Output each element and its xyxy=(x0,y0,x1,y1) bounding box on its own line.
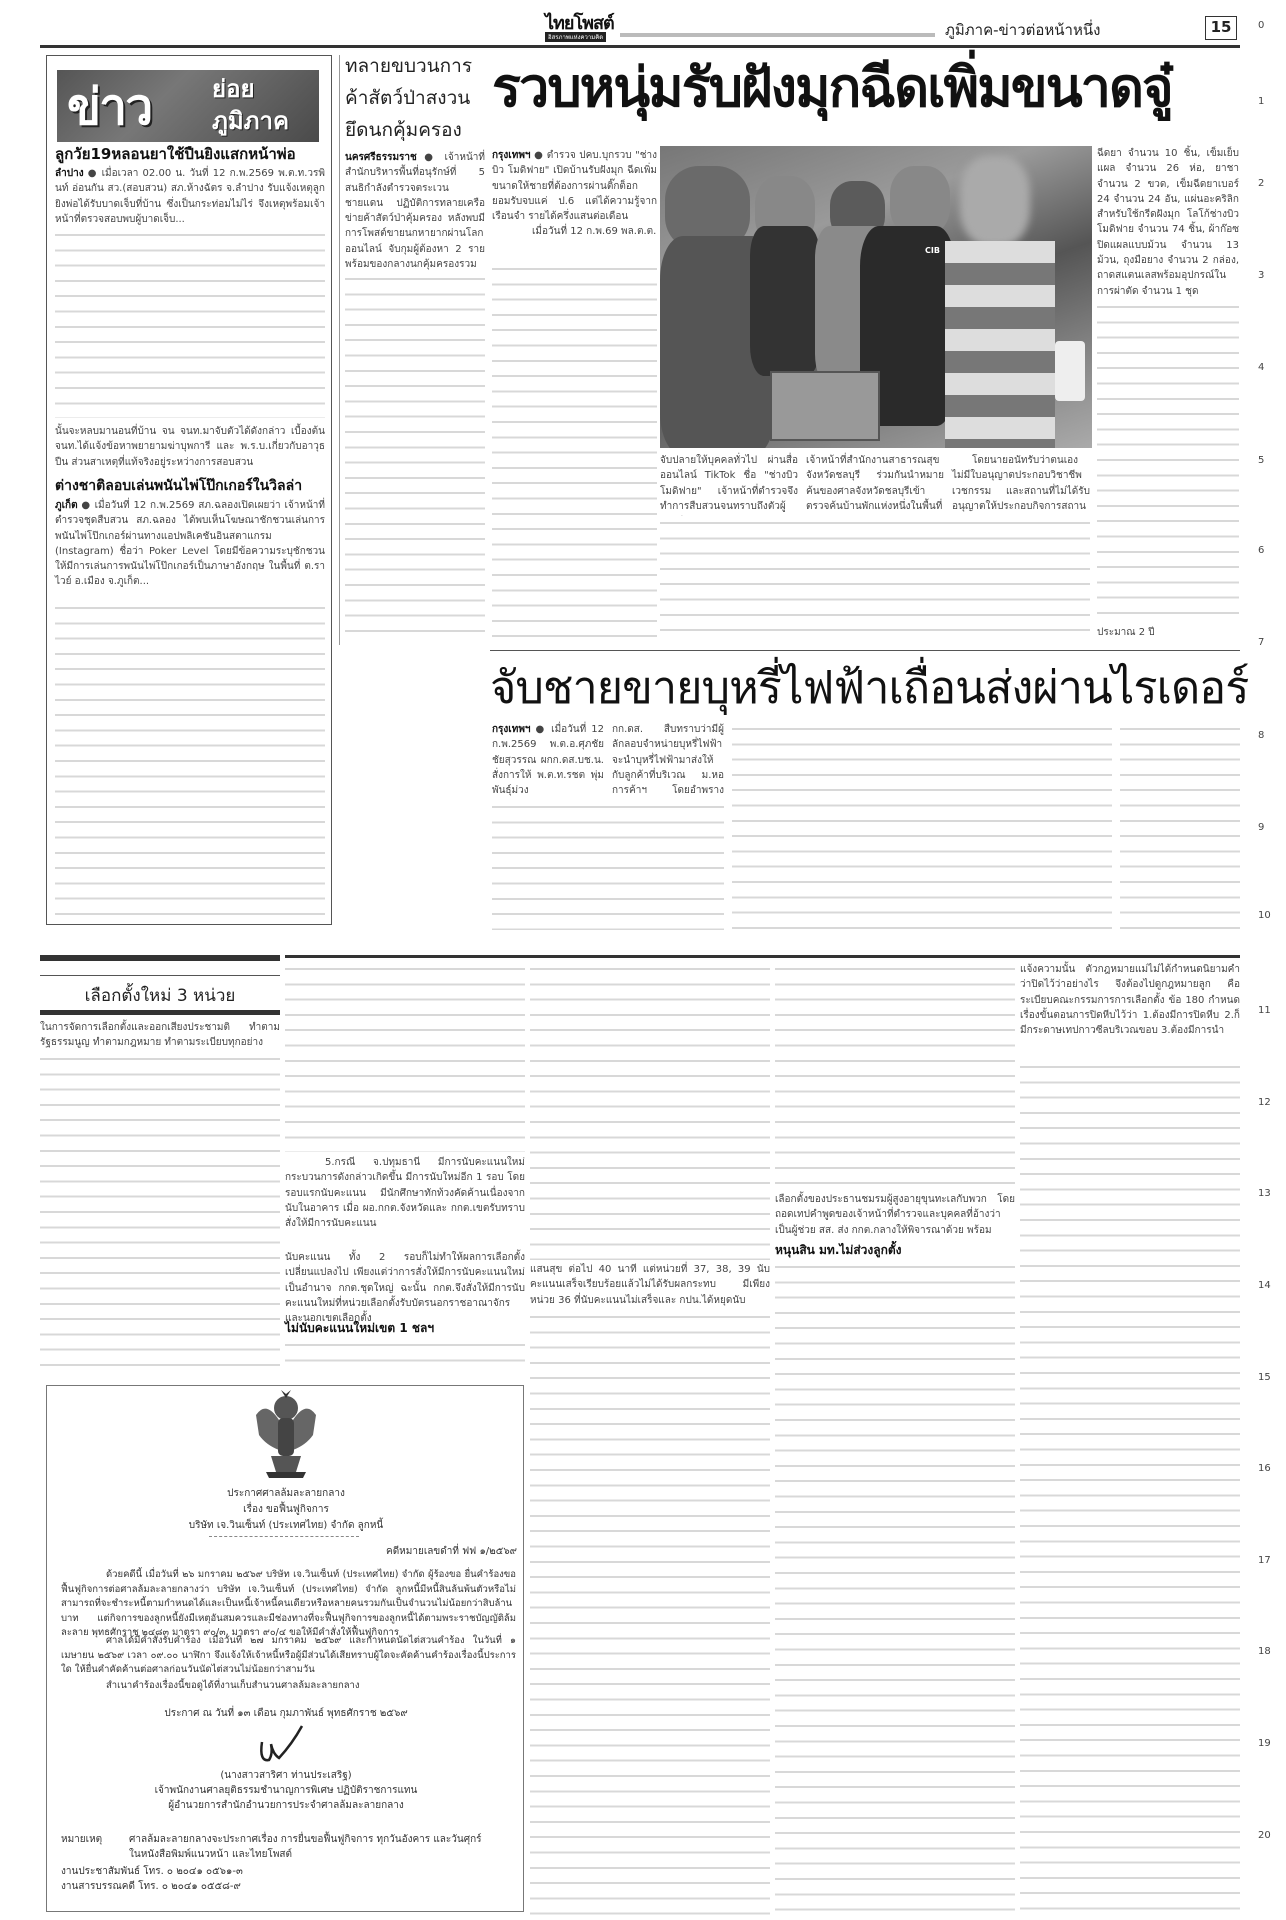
second-text-block xyxy=(732,722,1112,930)
ruler-number: 1 xyxy=(1258,96,1264,107)
headline-line: ทลายขบวนการ xyxy=(345,50,495,82)
margin-ruler: 0 1 2 3 4 5 6 7 8 9 10 11 12 13 14 15 16… xyxy=(1250,0,1280,1920)
second-col1-text: เมื่อวันที่ 12 ก.พ.2569 พ.ต.อ.ศุภชัย ชัย… xyxy=(492,724,604,811)
section-title: ภูมิภาค-ข่าวต่อหน้าหนึ่ง xyxy=(945,18,1100,42)
main-right-end: ประมาณ 2 ปี xyxy=(1097,625,1239,640)
notice-note-label: หมายเหตุ xyxy=(61,1832,102,1847)
wildlife-headline: ทลายขบวนการ ค้าสัตว์ป่าสงวน ยึดนกคุ้มครอ… xyxy=(345,50,495,146)
election-top-rule xyxy=(40,955,280,961)
ruler-number: 6 xyxy=(1258,545,1264,556)
ruler-number: 12 xyxy=(1258,1097,1271,1108)
notice-note-2: ในหนังสือพิมพ์แนวหน้า และไทยโพสต์ xyxy=(129,1847,519,1862)
notice-para-3: สำเนาคำร้องเรื่องนี้ขอดูได้ที่งานเก็บสำน… xyxy=(61,1678,516,1693)
ruler-number: 3 xyxy=(1258,270,1264,281)
ruler-number: 7 xyxy=(1258,637,1264,648)
notice-date: ประกาศ ณ วันที่ ๑๓ เดือน กุมภาพันธ์ พุทธ… xyxy=(47,1706,525,1721)
notice-para-2: ศาลได้มีคำสั่งรับคำร้อง เมื่อวันที่ ๒๗ ม… xyxy=(61,1634,516,1678)
banner-region-text: ภูมิภาค xyxy=(212,106,289,136)
election-text-block xyxy=(530,1310,770,1920)
main-right-column: ฉีดยา จำนวน 10 ชิ้น, เข็มเย็บแผล จำนวน 2… xyxy=(1097,146,1239,299)
ruler-number: 14 xyxy=(1258,1280,1271,1291)
brief-headline: ต่างชาติลอบเล่นพนันไพ่โป๊กเกอร์ในวิลล่า xyxy=(55,476,330,496)
election-text-block xyxy=(775,962,1015,1190)
brief-body: ลำปาง ● เมื่อเวลา 02.00 น. วันที่ 12 ก.พ… xyxy=(55,166,325,227)
notice-contact-1: งานประชาสัมพันธ์ โทร. ๐ ๒๐๔๑ ๐๕๖๑-๓ xyxy=(61,1864,461,1879)
election-intro: ในการจัดการเลือกตั้งและออกเสียงประชามติ … xyxy=(40,1020,280,1051)
election-col5-snippet: แจ้งความนั้น ตัวกฎหมายแม่ไม่ได้กำหนดนิยา… xyxy=(1020,962,1240,1038)
election-text-block xyxy=(285,1338,525,1372)
ruler-number: 8 xyxy=(1258,730,1264,741)
notice-debtor: บริษัท เจ.วินเซ็นท์ (ประเทศไทย) จำกัด ลู… xyxy=(47,1518,525,1533)
ruler-number: 16 xyxy=(1258,1463,1271,1474)
ruler-number: 15 xyxy=(1258,1372,1271,1383)
ruler-number: 5 xyxy=(1258,455,1264,466)
election-section-title: เลือกตั้งใหม่ 3 หน่วย xyxy=(40,982,280,1009)
signer-title-1: เจ้าพนักงานศาลยุติธรรมชำนาญการพิเศษ ปฏิบ… xyxy=(47,1783,525,1798)
notice-contact-2: งานสารบรรณคดี โทร. ๐ ๒๐๔๑ ๐๕๕๘-๙ xyxy=(61,1879,461,1894)
ruler-number: 20 xyxy=(1258,1830,1271,1841)
ruler-number: 13 xyxy=(1258,1188,1271,1199)
wildlife-dateline: นครศรีธรรมราช xyxy=(345,152,417,163)
page-number: 15 xyxy=(1205,16,1237,40)
election-text-block xyxy=(1020,1060,1240,1920)
second-dateline: กรุงเทพฯ xyxy=(492,724,531,735)
brief-headline: ลูกวัย19หลอนยาใช้ปืนยิงแสกหน้าพ่อ xyxy=(55,144,325,164)
masthead-tagline: อิสรภาพแห่งความคิด xyxy=(545,32,606,42)
brief-dateline: ลำปาง xyxy=(55,168,84,179)
election-col4-snippet: เลือกตั้งของประธานชมรมผู้สูงอายุขุนทะเลก… xyxy=(775,1192,1015,1238)
ruler-number: 19 xyxy=(1258,1738,1271,1749)
wildlife-lead: เจ้าหน้าที่สำนักบริหารพื้นที่อนุรักษ์ที่… xyxy=(345,152,485,285)
column-divider xyxy=(339,55,340,645)
ruler-number: 9 xyxy=(1258,822,1264,833)
photo-badge: CIB xyxy=(925,246,940,255)
election-subhead: หนุนสิน มท.ไม่ส่วงลูกตั้ง xyxy=(775,1240,1015,1260)
ruler-number: 10 xyxy=(1258,910,1271,921)
main-para2: เมื่อวันที่ 12 ก.พ.69 พล.ต.ต. xyxy=(492,224,657,239)
main-story-photo: CIB xyxy=(660,146,1092,448)
signer-name: (นางสาวสาริศา ท่านประเสริฐ) xyxy=(47,1768,525,1783)
main-text-block xyxy=(1097,300,1239,625)
wildlife-body: นครศรีธรรมราช ● เจ้าหน้าที่สำนักบริหารพื… xyxy=(345,150,485,288)
brief-lead: เมื่อเวลา 02.00 น. วันที่ 12 ก.พ.2569 พ.… xyxy=(55,168,325,225)
brief-body: ภูเก็ต ● เมื่อวันที่ 12 ก.พ.2569 สภ.ฉลอง… xyxy=(55,498,325,590)
second-headline: จับชายขายบุหรี่ไฟฟ้าเถื่อนส่งผ่านไรเดอร์ xyxy=(490,656,1248,720)
election-text-block xyxy=(775,1260,1015,1920)
brief-text-block xyxy=(55,601,325,916)
briefs-banner: ข่าว ย่อย ภูมิภาค xyxy=(57,70,319,142)
election-mid-text: นับคะแนน ทั้ง 2 รอบก็ไม่ทำให้ผลการเลือกต… xyxy=(285,1250,525,1326)
election-column-rule xyxy=(285,955,1240,958)
court-notice-box: ประกาศศาลล้มละลายกลาง เรื่อง ขอฟื้นฟูกิจ… xyxy=(46,1385,524,1912)
main-text-block xyxy=(660,516,1090,640)
main-text-block xyxy=(492,262,657,640)
signer-title-2: ผู้อำนวยการสำนักอำนวยการประจำศาลล้มละลาย… xyxy=(47,1798,525,1813)
signature-icon xyxy=(257,1724,307,1766)
ruler-number: 18 xyxy=(1258,1646,1271,1657)
notice-para-1: ด้วยคดีนี้ เมื่อวันที่ ๒๖ มกราคม ๒๕๖๙ บร… xyxy=(61,1568,516,1641)
second-text-block xyxy=(1120,722,1240,930)
regional-briefs-box: ข่าว ย่อย ภูมิภาค ลูกวัย19หลอนยาใช้ปืนยิ… xyxy=(46,55,332,925)
headline-line: ค้าสัตว์ป่าสงวน xyxy=(345,82,495,114)
ruler-number: 4 xyxy=(1258,362,1264,373)
banner-big-text: ข่าว xyxy=(67,72,151,142)
header-rule xyxy=(620,33,935,37)
main-dateline: กรุงเทพฯ xyxy=(492,150,531,161)
brief-text-block xyxy=(55,228,325,418)
election-col3-snippet: แสนสุข ต่อไป 40 นาที แต่หน่วยที่ 37, 38,… xyxy=(530,1262,770,1308)
brief-dateline: ภูเก็ต xyxy=(55,500,78,511)
ruler-number: 0 xyxy=(1258,20,1264,31)
ruler-number: 11 xyxy=(1258,1005,1271,1016)
election-item5: 5.กรณี จ.ปทุมธานี มีการนับคะแนนใหม่ กระบ… xyxy=(285,1155,525,1231)
election-bottom-rule xyxy=(40,1010,280,1015)
election-text-block xyxy=(285,962,525,1152)
notice-title: ประกาศศาลล้มละลายกลาง xyxy=(47,1486,525,1501)
notice-note-1: ศาลล้มละลายกลางจะประกาศเรื่อง การยื่นขอฟ… xyxy=(129,1832,519,1847)
main-headline: รวบหนุ่มรับฝังมุกฉีดเพิ่มขนาดจู๋ xyxy=(492,48,1172,128)
election-text-block xyxy=(40,1052,280,1372)
masthead-logo: ไทยโพสต์ xyxy=(545,8,615,34)
garuda-emblem-icon xyxy=(251,1390,321,1480)
second-text-block xyxy=(492,800,724,930)
election-subhead: ไม่นับคะแนนใหม่เขต 1 ชลฯ xyxy=(285,1318,525,1338)
notice-subject: เรื่อง ขอฟื้นฟูกิจการ xyxy=(47,1502,525,1517)
wildlife-text-block xyxy=(345,272,485,640)
notice-case-number: คดีหมายเลขดำที่ ฟฟ ๑/๒๕๖๙ xyxy=(307,1544,517,1559)
ruler-number: 2 xyxy=(1258,178,1264,189)
banner-small-text: ย่อย xyxy=(212,74,255,104)
photo-caption-col3: โดยนายอนัทรับว่าตนเองไม่มีใบอนุญาตประกอบ… xyxy=(952,453,1090,514)
notice-dashed-rule xyxy=(209,1536,359,1537)
section-divider xyxy=(490,650,1240,651)
main-story-lead: กรุงเทพฯ ● ตำรวจ ปคบ.บุกรวบ "ช่างบิว โมด… xyxy=(492,148,657,240)
ruler-number: 17 xyxy=(1258,1555,1271,1566)
headline-line: ยึดนกคุ้มครอง xyxy=(345,114,495,146)
brief-closing: นั้นจะหลบมานอนที่บ้าน จน จนท.มาจับตัวได้… xyxy=(55,424,325,470)
election-text-block xyxy=(530,962,770,1260)
election-title-rule xyxy=(40,975,280,976)
brief-lead: เมื่อวันที่ 12 ก.พ.2569 สภ.ฉลองเปิดเผยว่… xyxy=(55,500,325,587)
